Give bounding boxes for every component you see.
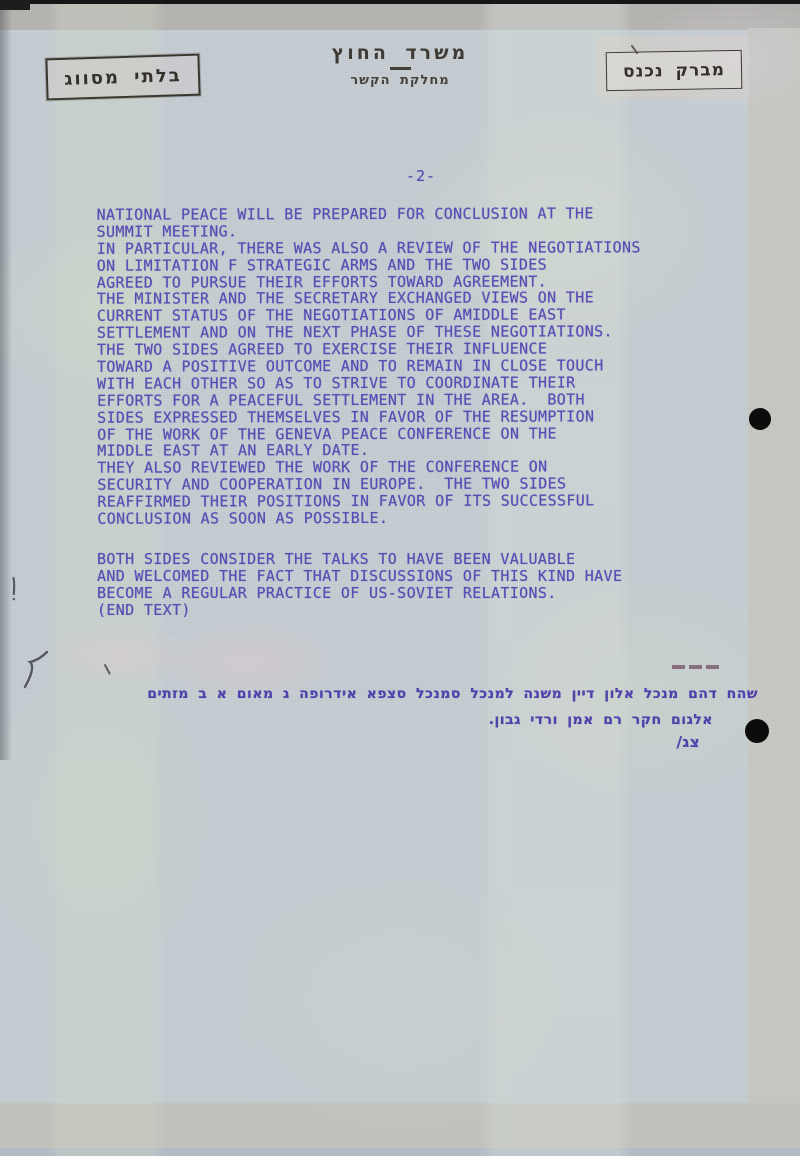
- scan-left-shadow: [0, 0, 12, 760]
- distribution-line-1: שהח דהם מנכל אלון דיין משנה למנכל סמנכל …: [147, 686, 758, 702]
- scan-top-band: [0, 3, 800, 30]
- scanned-telegram-page: משרד החוץ מחלקת הקשר בלתי מסווג מברק נכנ…: [0, 0, 800, 1156]
- telegram-closing: BOTH SIDES CONSIDER THE TALKS TO HAVE BE…: [97, 551, 622, 619]
- unclassified-stamp: בלתי מסווג: [45, 54, 200, 101]
- body-line: REAFFIRMED THEIR POSITIONS IN FAVOR OF I…: [97, 492, 641, 510]
- small-tick-mark: [105, 665, 110, 674]
- margin-exclamation-dot: [13, 598, 16, 601]
- body-line: OF THE WORK OF THE GENEVA PEACE CONFEREN…: [97, 425, 641, 443]
- body-line: MIDDLE EAST AT AN EARLY DATE.: [97, 442, 641, 460]
- unclassified-stamp-label: בלתי מסווג: [64, 65, 182, 90]
- closing-line: BECOME A REGULAR PRACTICE OF US-SOVIET R…: [97, 585, 622, 602]
- margin-exclamation-mark: [14, 578, 15, 594]
- distribution-line-2: אלגום חקר רם אמן ורדי גבון.: [489, 712, 713, 728]
- page-number: -2-: [406, 167, 436, 185]
- body-line: SETTLEMENT AND ON THE NEXT PHASE OF THES…: [97, 324, 641, 342]
- closing-line: AND WELCOMED THE FACT THAT DISCUSSIONS O…: [97, 568, 622, 585]
- body-line: CONCLUSION AS SOON AS POSSIBLE.: [97, 509, 641, 527]
- telegram-body: NATIONAL PEACE WILL BE PREPARED FOR CONC…: [97, 205, 642, 527]
- body-line: IN PARTICULAR, THERE WAS ALSO A REVIEW O…: [97, 239, 641, 257]
- pen-check-mark: [25, 652, 47, 687]
- scan-top-corner: [0, 0, 30, 10]
- typist-initials: צג/: [677, 733, 700, 751]
- incoming-telegram-stamp-label: מברק נכנס: [623, 60, 725, 82]
- punch-hole-bottom: [745, 719, 769, 743]
- scan-bottom-edge: [0, 1148, 800, 1156]
- closing-line: (END TEXT): [97, 602, 622, 619]
- punch-hole-top: [749, 408, 771, 430]
- body-line: ON LIMITATION F STRATEGIC ARMS AND THE T…: [97, 256, 641, 274]
- incoming-telegram-stamp: מברק נכנס: [606, 50, 743, 91]
- ministry-underline: [390, 67, 411, 70]
- dashed-separator-mark: [672, 665, 719, 669]
- body-line: NATIONAL PEACE WILL BE PREPARED FOR CONC…: [97, 205, 641, 223]
- scan-right-strip: [748, 28, 800, 1108]
- scan-top-edge: [0, 0, 800, 4]
- closing-line: BOTH SIDES CONSIDER THE TALKS TO HAVE BE…: [97, 551, 622, 568]
- body-line: SIDES EXPRESSED THEMSELVES IN FAVOR OF T…: [97, 408, 641, 426]
